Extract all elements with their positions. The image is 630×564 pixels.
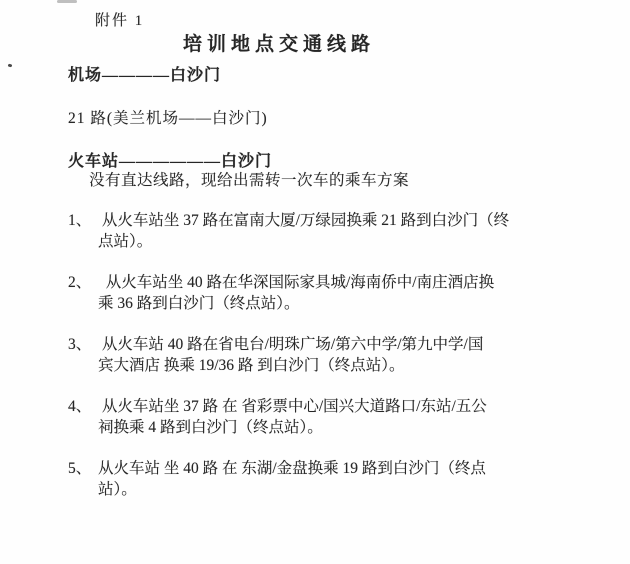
route-option-1: 1、 从火车站坐 37 路在富南大厦/万绿园换乘 21 路到白沙门（终 点站）。 bbox=[68, 210, 608, 252]
route-option-2: 2、 从火车站坐 40 路在华深国际家具城/海南侨中/南庄酒店换 乘 36 路到… bbox=[68, 272, 608, 314]
item-text: 从火车站 坐 40 路 在 东湖/金盘换乘 19 路到白沙门（终点 站）。 bbox=[98, 458, 486, 500]
attachment-label: 附件 1 bbox=[95, 9, 144, 30]
airport-route-line: 21 路(美兰机场——白沙门) bbox=[68, 106, 268, 128]
item-text: 从火车站坐 37 路在富南大厦/万绿园换乘 21 路到白沙门（终 点站）。 bbox=[98, 210, 509, 252]
item-text: 从火车站 40 路在省电台/明珠广场/第六中学/第九中学/国 宾大酒店 换乘 1… bbox=[98, 334, 483, 376]
scan-artifact-smudge bbox=[57, 0, 77, 3]
item-line-1: 从火车站 坐 40 路 在 东湖/金盘换乘 19 路到白沙门（终点 bbox=[98, 458, 486, 479]
item-line-2: 乘 36 路到白沙门（终点站）。 bbox=[98, 293, 494, 314]
item-line-2: 站）。 bbox=[98, 479, 486, 500]
item-line-2: 点站）。 bbox=[98, 231, 509, 252]
route-option-4: 4、 从火车站坐 37 路 在 省彩票中心/国兴大道路口/东站/五公 祠换乘 4… bbox=[68, 396, 608, 438]
route-option-5: 5、 从火车站 坐 40 路 在 东湖/金盘换乘 19 路到白沙门（终点 站）。 bbox=[68, 458, 608, 500]
item-number: 4、 bbox=[68, 396, 98, 438]
scan-artifact-dot bbox=[8, 63, 13, 67]
item-line-1: 从火车站坐 40 路在华深国际家具城/海南侨中/南庄酒店换 bbox=[98, 272, 494, 293]
item-number: 2、 bbox=[68, 272, 98, 314]
item-line-2: 祠换乘 4 路到白沙门（终点站）。 bbox=[98, 417, 487, 438]
item-line-1: 从火车站 40 路在省电台/明珠广场/第六中学/第九中学/国 bbox=[98, 334, 483, 355]
route-option-3: 3、 从火车站 40 路在省电台/明珠广场/第六中学/第九中学/国 宾大酒店 换… bbox=[68, 334, 608, 376]
item-text: 从火车站坐 37 路 在 省彩票中心/国兴大道路口/东站/五公 祠换乘 4 路到… bbox=[98, 396, 487, 438]
item-number: 5、 bbox=[68, 458, 98, 500]
item-number: 3、 bbox=[68, 334, 98, 376]
transfer-options-list: 1、 从火车站坐 37 路在富南大厦/万绿园换乘 21 路到白沙门（终 点站）。… bbox=[68, 210, 608, 520]
item-line-1: 从火车站坐 37 路在富南大厦/万绿园换乘 21 路到白沙门（终 bbox=[98, 210, 509, 231]
document-page: 附件 1 培训地点交通线路 机场————白沙门 21 路(美兰机场——白沙门) … bbox=[0, 0, 630, 564]
airport-section-heading: 机场————白沙门 bbox=[68, 62, 221, 85]
item-text: 从火车站坐 40 路在华深国际家具城/海南侨中/南庄酒店换 乘 36 路到白沙门… bbox=[98, 272, 494, 314]
page-title: 培训地点交通线路 bbox=[183, 29, 375, 56]
item-number: 1、 bbox=[68, 210, 98, 252]
item-line-2: 宾大酒店 换乘 19/36 路 到白沙门（终点站）。 bbox=[98, 355, 483, 376]
station-note: 没有直达线路，现给出需转一次车的乘车方案 bbox=[89, 168, 409, 190]
item-line-1: 从火车站坐 37 路 在 省彩票中心/国兴大道路口/东站/五公 bbox=[98, 396, 487, 417]
